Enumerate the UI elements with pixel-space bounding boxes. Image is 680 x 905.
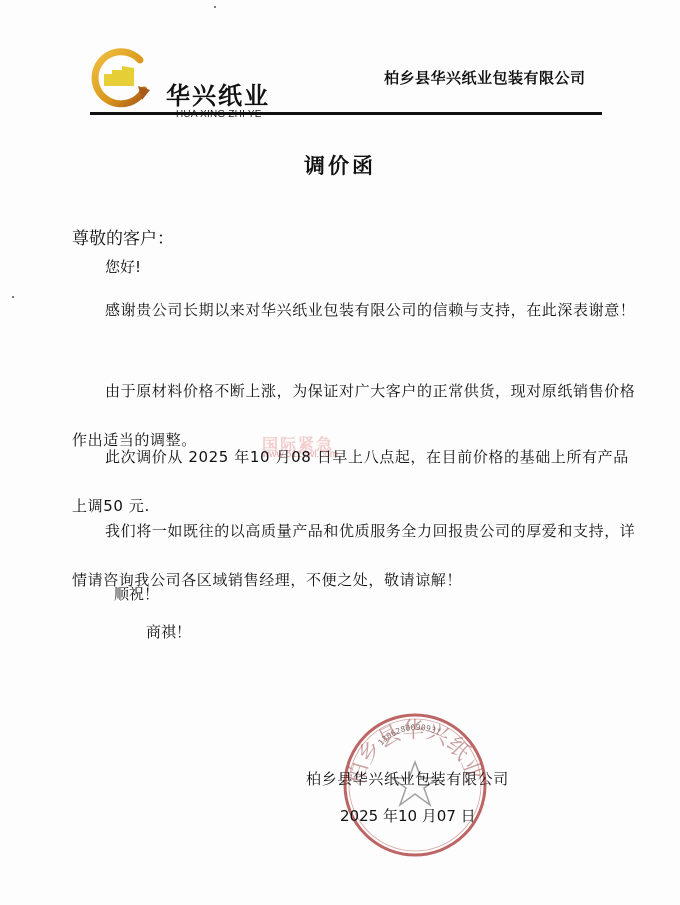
letterhead: 华兴纸业 HUA XING ZHI YE 柏乡县华兴纸业包装有限公司 (0, 0, 680, 120)
logo-chinese-name: 华兴纸业 (166, 76, 270, 111)
closing-regards: 顺祝！ (114, 583, 159, 604)
company-logo-icon (88, 46, 152, 110)
document-title: 调价函 (0, 150, 680, 180)
letterhead-company-name: 柏乡县华兴纸业包装有限公司 (384, 67, 586, 88)
scan-speck (12, 296, 14, 298)
letterhead-divider (90, 112, 602, 115)
signature-date: 2025 年10 月07 日 (340, 805, 476, 826)
salutation: 尊敬的客户： (72, 224, 174, 249)
paragraph-thanks: 感谢贵公司长期以来对华兴纸业包装有限公司的信赖与支持，在此深表谢意！ (72, 286, 642, 335)
greeting: 您好! (105, 256, 141, 277)
closing-business: 商祺！ (146, 621, 191, 642)
signature-company: 柏乡县华兴纸业包装有限公司 (306, 768, 509, 789)
